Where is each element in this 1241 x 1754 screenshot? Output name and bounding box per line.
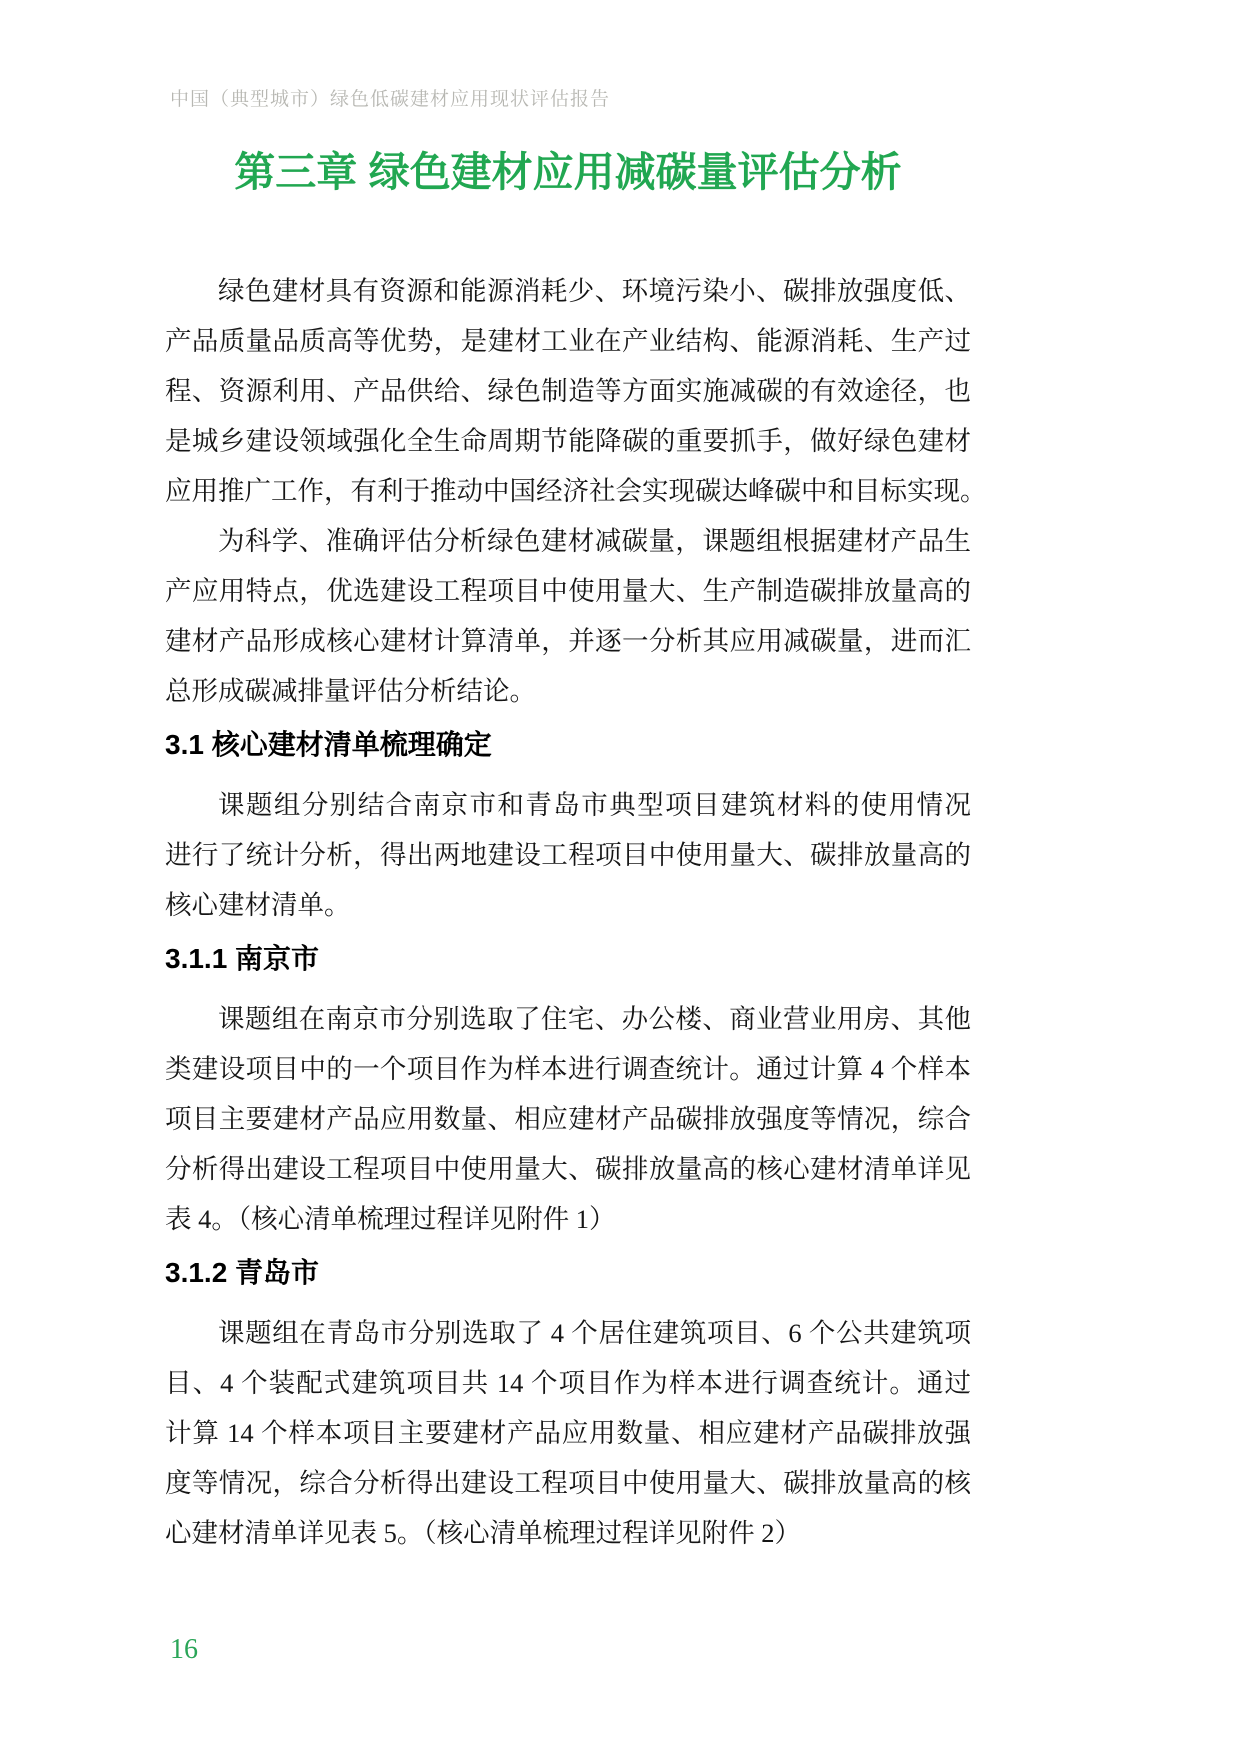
- paragraph-qingdao: 课题组在青岛市分别选取了 4 个居住建筑项目、6 个公共建筑项 目、4 个装配式…: [165, 1308, 971, 1558]
- body-line: 心建材清单详见表 5。（核心清单梳理过程详见附件 2）: [165, 1508, 971, 1558]
- body-line: 建材产品形成核心建材计算清单，并逐一分析其应用减碳量，进而汇: [165, 616, 971, 666]
- paragraph-nanjing: 课题组在南京市分别选取了住宅、办公楼、商业营业用房、其他 类建设项目中的一个项目…: [165, 994, 971, 1244]
- body-line: 课题组分别结合南京市和青岛市典型项目建筑材料的使用情况: [165, 780, 971, 830]
- body-line: 表 4。（核心清单梳理过程详见附件 1）: [165, 1194, 971, 1244]
- body-line: 是城乡建设领域强化全生命周期节能降碳的重要抓手，做好绿色建材: [165, 416, 971, 466]
- section-heading-3-1: 3.1 核心建材清单梳理确定: [165, 720, 971, 770]
- page-body: 第三章 绿色建材应用减碳量评估分析 绿色建材具有资源和能源消耗少、环境污染小、碳…: [165, 0, 971, 1558]
- body-line: 应用推广工作，有利于推动中国经济社会实现碳达峰碳中和目标实现。: [165, 466, 971, 516]
- body-line: 绿色建材具有资源和能源消耗少、环境污染小、碳排放强度低、: [165, 266, 971, 316]
- body-line: 进行了统计分析，得出两地建设工程项目中使用量大、碳排放量高的: [165, 830, 971, 880]
- body-line: 课题组在南京市分别选取了住宅、办公楼、商业营业用房、其他: [165, 994, 971, 1044]
- body-line: 产应用特点，优选建设工程项目中使用量大、生产制造碳排放量高的: [165, 566, 971, 616]
- body-line: 核心建材清单。: [165, 880, 971, 930]
- paragraph-3-1: 课题组分别结合南京市和青岛市典型项目建筑材料的使用情况 进行了统计分析，得出两地…: [165, 780, 971, 930]
- paragraph-intro-1: 绿色建材具有资源和能源消耗少、环境污染小、碳排放强度低、 产品质量品质高等优势，…: [165, 266, 971, 516]
- body-line: 课题组在青岛市分别选取了 4 个居住建筑项目、6 个公共建筑项: [165, 1308, 971, 1358]
- document-page: 中国（典型城市）绿色低碳建材应用现状评估报告 第三章 绿色建材应用减碳量评估分析…: [0, 0, 1241, 1754]
- section-heading-3-1-2: 3.1.2 青岛市: [165, 1248, 971, 1298]
- page-number: 16: [170, 1634, 198, 1666]
- body-line: 项目主要建材产品应用数量、相应建材产品碳排放强度等情况，综合: [165, 1094, 971, 1144]
- chapter-title: 第三章 绿色建材应用减碳量评估分析: [165, 144, 971, 200]
- body-line: 为科学、准确评估分析绿色建材减碳量，课题组根据建材产品生: [165, 516, 971, 566]
- body-line: 类建设项目中的一个项目作为样本进行调查统计。通过计算 4 个样本: [165, 1044, 971, 1094]
- paragraph-intro-2: 为科学、准确评估分析绿色建材减碳量，课题组根据建材产品生 产应用特点，优选建设工…: [165, 516, 971, 716]
- body-line: 计算 14 个样本项目主要建材产品应用数量、相应建材产品碳排放强: [165, 1408, 971, 1458]
- body-line: 产品质量品质高等优势，是建材工业在产业结构、能源消耗、生产过: [165, 316, 971, 366]
- body-line: 总形成碳减排量评估分析结论。: [165, 666, 971, 716]
- body-line: 分析得出建设工程项目中使用量大、碳排放量高的核心建材清单详见: [165, 1144, 971, 1194]
- body-line: 度等情况，综合分析得出建设工程项目中使用量大、碳排放量高的核: [165, 1458, 971, 1508]
- body-line: 目、4 个装配式建筑项目共 14 个项目作为样本进行调查统计。通过: [165, 1358, 971, 1408]
- body-line: 程、资源利用、产品供给、绿色制造等方面实施减碳的有效途径，也: [165, 366, 971, 416]
- section-heading-3-1-1: 3.1.1 南京市: [165, 934, 971, 984]
